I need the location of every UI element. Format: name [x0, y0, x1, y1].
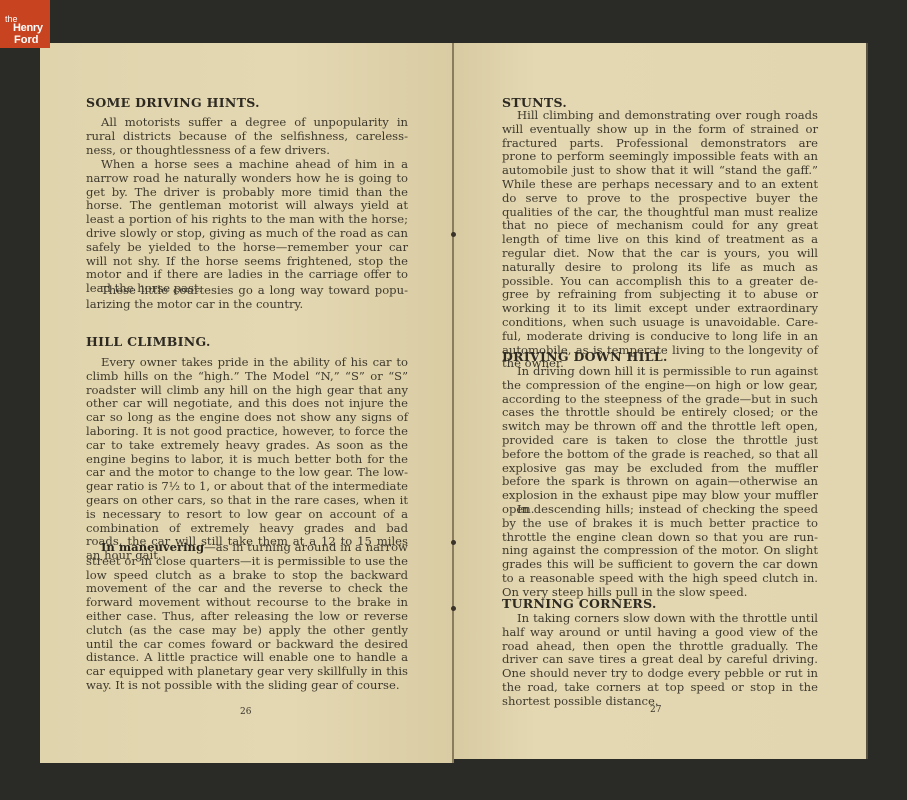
page-number-27: 27	[650, 705, 661, 715]
heading-turning-corners: TURNING CORNERS.	[502, 596, 657, 611]
paragraph-courtesies: These little courtesies go a long way to…	[86, 284, 408, 312]
paragraph-turning-corners: In taking corners slow down with the thr…	[502, 612, 818, 709]
paragraph-stunts: Hill climbing and demonstrating over rou…	[502, 109, 818, 371]
paragraph-descending-hills: In descending hills; instead of checking…	[502, 503, 818, 600]
maneuvering-text: —as in turning around in a narrow street…	[86, 540, 408, 692]
heading-some-driving-hints: SOME DRIVING HINTS.	[86, 95, 260, 110]
book-gutter	[452, 43, 454, 763]
binding-staple-middle	[451, 540, 456, 545]
page-number-26: 26	[240, 707, 251, 717]
heading-driving-down-hill: DRIVING DOWN HILL.	[502, 349, 668, 364]
logo-line-henry: Henry	[13, 23, 43, 34]
paragraph-down-hill-compression: In driving down hill it is permissible t…	[502, 365, 818, 517]
left-page: SOME DRIVING HINTS. All motorists suffer…	[40, 43, 453, 763]
logo-line-ford: Ford	[14, 35, 38, 46]
right-page: STUNTS. Hill climbing and demonstrating …	[454, 43, 868, 759]
paragraph-horse: When a horse sees a machine ahead of him…	[86, 158, 408, 296]
maneuvering-lead: In maneuvering	[101, 540, 204, 554]
paragraph-unpopularity: All motorists suffer a degree of unpopul…	[86, 116, 408, 157]
henry-ford-logo: the Henry Ford	[0, 0, 50, 48]
binding-staple-top	[451, 232, 456, 237]
paragraph-hill-climbing: Every owner takes pride in the ability o…	[86, 356, 408, 563]
heading-hill-climbing: HILL CLIMBING.	[86, 334, 211, 349]
binding-staple-bottom	[451, 606, 456, 611]
paragraph-maneuvering: In maneuvering—as in turning around in a…	[86, 541, 408, 693]
